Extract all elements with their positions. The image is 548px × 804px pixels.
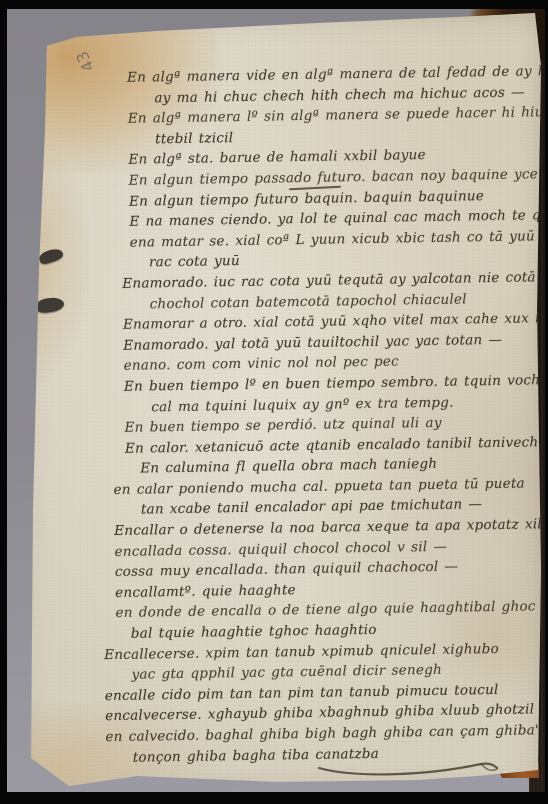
ink-blot: [38, 247, 65, 266]
underline-flourish: [315, 758, 505, 784]
scan-backdrop: 43 En algª manera vide en algª manera de…: [7, 9, 545, 792]
scan-frame: 43 En algª manera vide en algª manera de…: [0, 0, 548, 804]
ink-blot: [35, 296, 65, 314]
folio-number: 43: [72, 48, 98, 74]
handwritten-text: En algª manera vide en algª manera de ta…: [109, 63, 540, 770]
manuscript-page: 43 En algª manera vide en algª manera de…: [17, 10, 545, 798]
